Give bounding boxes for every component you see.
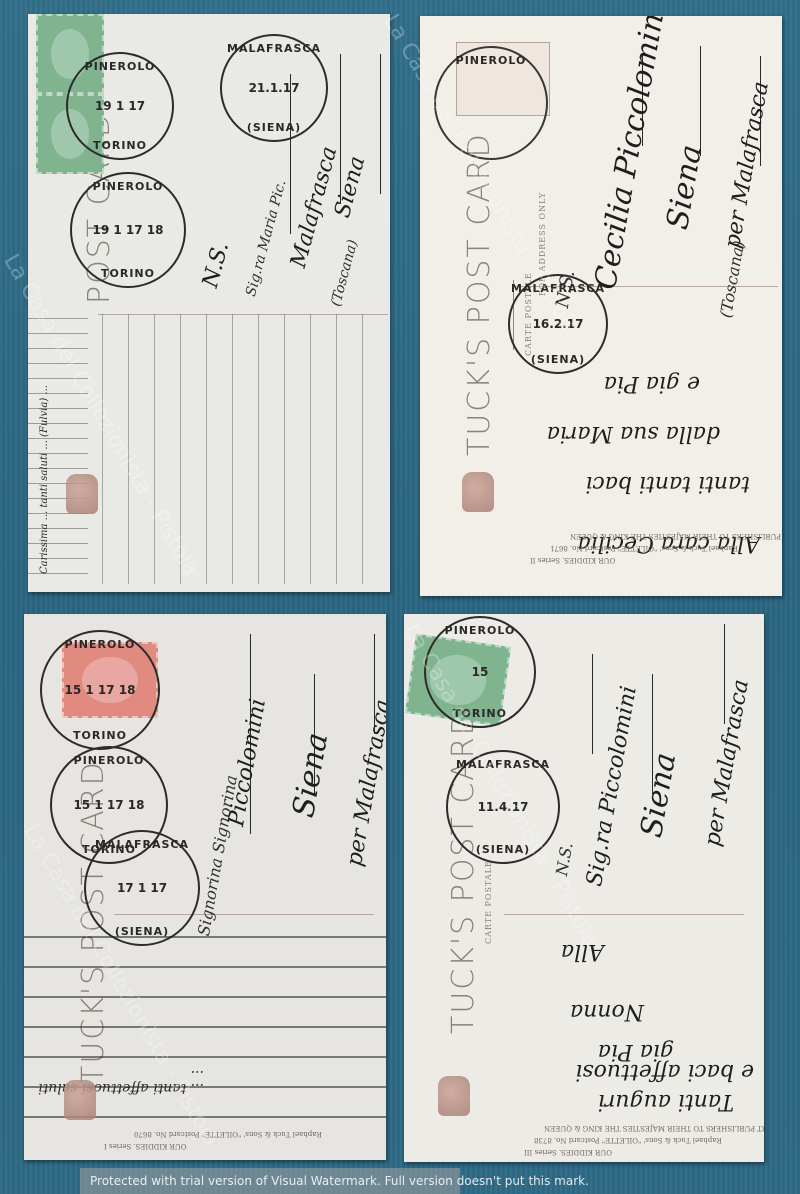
address-line-4: per Malafrasca bbox=[720, 80, 774, 251]
postcard-top-right: TUCK'S POST CARD CARTE POSTALE FOR ADDRE… bbox=[420, 16, 782, 596]
address-line-4: per Malafrasca bbox=[342, 698, 386, 869]
printed-footer-3: ART PUBLISHERS TO THEIR MAJESTIES THE KI… bbox=[544, 1124, 764, 1132]
postmark-malafrasca: MALAFRASCA 21.1.17 (SIENA) bbox=[220, 34, 328, 142]
address-line-2: Sig.ra Maria Pic. bbox=[243, 178, 289, 298]
address-line-3: Siena bbox=[660, 142, 709, 232]
address-line-1: N.S. bbox=[198, 239, 234, 290]
watermark-banner: Protected with trial version of Visual W… bbox=[80, 1168, 460, 1194]
postmark-pinerolo: PINEROLO 15 TORINO bbox=[424, 616, 536, 728]
printed-footer-2: Raphael Tuck & Sons' "OILETTE" Postcard … bbox=[534, 1136, 722, 1144]
printed-footer-2: Raphael Tuck & Sons' "OILETTE" Postcard … bbox=[134, 1130, 322, 1138]
printed-footer-1: OUR KIDDIES. Series III bbox=[524, 1148, 612, 1156]
postcard-bottom-left: TUCK'S POST CARD PINEROLO 15 1 17 18 TOR… bbox=[24, 614, 386, 1160]
message-text: ... tanti affettuosi saluti ... bbox=[24, 1068, 204, 1094]
crest-icon bbox=[462, 472, 494, 512]
address-line-2: Cecilia Piccolomini bbox=[588, 16, 673, 292]
message-lines bbox=[88, 314, 388, 584]
message-lines-cross bbox=[28, 314, 88, 584]
postmark-malafrasca: MALAFRASCA 11.4.17 (SIENA) bbox=[446, 750, 560, 864]
address-line-5: (Toscana) bbox=[328, 238, 361, 308]
message-line-1: Alla bbox=[561, 939, 604, 964]
address-line-2: Sig.ra Piccolomini bbox=[582, 684, 642, 888]
postmark-pinerolo: PINEROLO bbox=[434, 46, 548, 160]
address-line-2: Piccolomini bbox=[224, 697, 271, 829]
message-line-2: tanti tanti baci bbox=[585, 471, 750, 496]
crest-icon bbox=[66, 474, 98, 514]
printed-footer-1: OUR KIDDIES. Series I bbox=[104, 1142, 186, 1150]
postmark-pinerolo: PINEROLO 15 1 17 18 TORINO bbox=[40, 630, 160, 750]
crest-icon bbox=[64, 1080, 96, 1120]
message-line-2: Nonna bbox=[570, 999, 644, 1024]
message-line-4: Tanti auguri bbox=[598, 1089, 734, 1114]
message-line-5: e baci affettuosi bbox=[575, 1059, 754, 1084]
address-line-3: Siena bbox=[634, 750, 683, 840]
message-line-3: dalla sua Maria bbox=[547, 421, 720, 446]
address-line-5: (Toscana) bbox=[716, 239, 748, 319]
postcard-top-left: POST CARD PINEROLO 19 1 17 TORINO PINERO… bbox=[28, 14, 390, 592]
postmark-pinerolo-2: PINEROLO 19 1 17 18 TORINO bbox=[70, 172, 186, 288]
address-line-4: per Malafrasca bbox=[700, 678, 754, 849]
postmark-pinerolo: PINEROLO 19 1 17 TORINO bbox=[66, 52, 174, 160]
message-line-4: e gia Pia bbox=[604, 371, 700, 396]
postcard-bottom-right: TUCK'S POST CARD CARTE POSTALE PINEROLO … bbox=[404, 614, 764, 1162]
printed-footer-1: OUR KIDDIES. Series II bbox=[530, 556, 615, 564]
address-line-3: Siena bbox=[286, 730, 335, 820]
printed-footer-2: Raphael Tuck & Sons' "OILETTE" Postcard … bbox=[550, 544, 738, 552]
printed-title: TUCK'S POST CARD bbox=[462, 132, 497, 456]
crest-icon bbox=[438, 1076, 470, 1116]
printed-footer-3: ART PUBLISHERS TO THEIR MAJESTIES THE KI… bbox=[570, 532, 782, 540]
printed-sub: CARTE POSTALE bbox=[484, 860, 493, 944]
